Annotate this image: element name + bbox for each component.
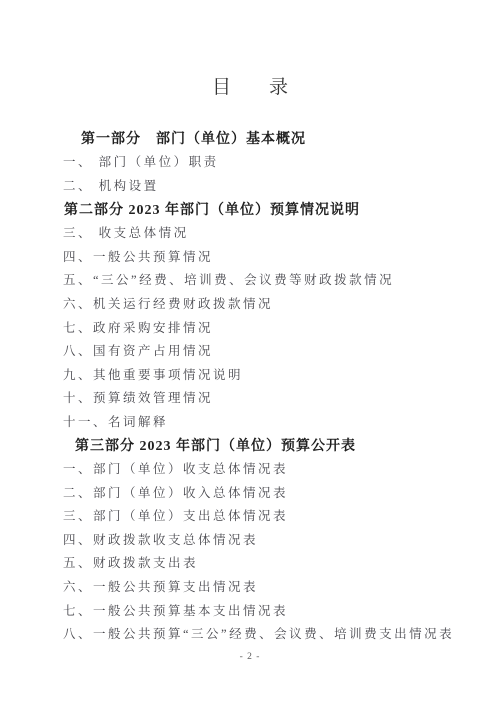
toc-item: 十一、名词解释 xyxy=(63,409,470,433)
toc-item: 十、预算绩效管理情况 xyxy=(63,386,470,410)
toc-item: 一、 部门（单位）职责 xyxy=(63,150,470,174)
toc-item: 六、一般公共预算支出情况表 xyxy=(63,574,470,598)
toc-item: 二、 机构设置 xyxy=(63,173,470,197)
toc-item: 四、一般公共预算情况 xyxy=(63,244,470,268)
page-title: 目 录 xyxy=(0,72,500,99)
toc-heading-part-2: 第二部分 2023 年部门（单位）预算情况说明 xyxy=(63,197,470,221)
table-of-contents: 第一部分 部门（单位）基本概况 一、 部门（单位）职责 二、 机构设置 第二部分… xyxy=(63,126,470,645)
toc-item: 九、其他重要事项情况说明 xyxy=(63,362,470,386)
toc-item: 五、财政拨款支出表 xyxy=(63,551,470,575)
toc-heading-part-3: 第三部分 2023 年部门（单位）预算公开表 xyxy=(63,433,470,457)
toc-item: 八、国有资产占用情况 xyxy=(63,338,470,362)
toc-item: 八、一般公共预算“三公”经费、会议费、培训费支出情况表 xyxy=(63,621,470,645)
toc-item: 二、部门（单位）收入总体情况表 xyxy=(63,480,470,504)
toc-item: 七、政府采购安排情况 xyxy=(63,315,470,339)
toc-item: 五、“三公”经费、培训费、会议费等财政拨款情况 xyxy=(63,268,470,292)
page-number: - 2 - xyxy=(0,652,500,662)
toc-item: 四、财政拨款收支总体情况表 xyxy=(63,527,470,551)
toc-item: 三、部门（单位）支出总体情况表 xyxy=(63,504,470,528)
toc-item: 七、一般公共预算基本支出情况表 xyxy=(63,598,470,622)
toc-item: 一、部门（单位）收支总体情况表 xyxy=(63,456,470,480)
toc-item: 六、机关运行经费财政拨款情况 xyxy=(63,291,470,315)
toc-item: 三、 收支总体情况 xyxy=(63,220,470,244)
document-page: 目 录 第一部分 部门（单位）基本概况 一、 部门（单位）职责 二、 机构设置 … xyxy=(0,0,500,707)
toc-heading-part-1: 第一部分 部门（单位）基本概况 xyxy=(63,126,470,150)
